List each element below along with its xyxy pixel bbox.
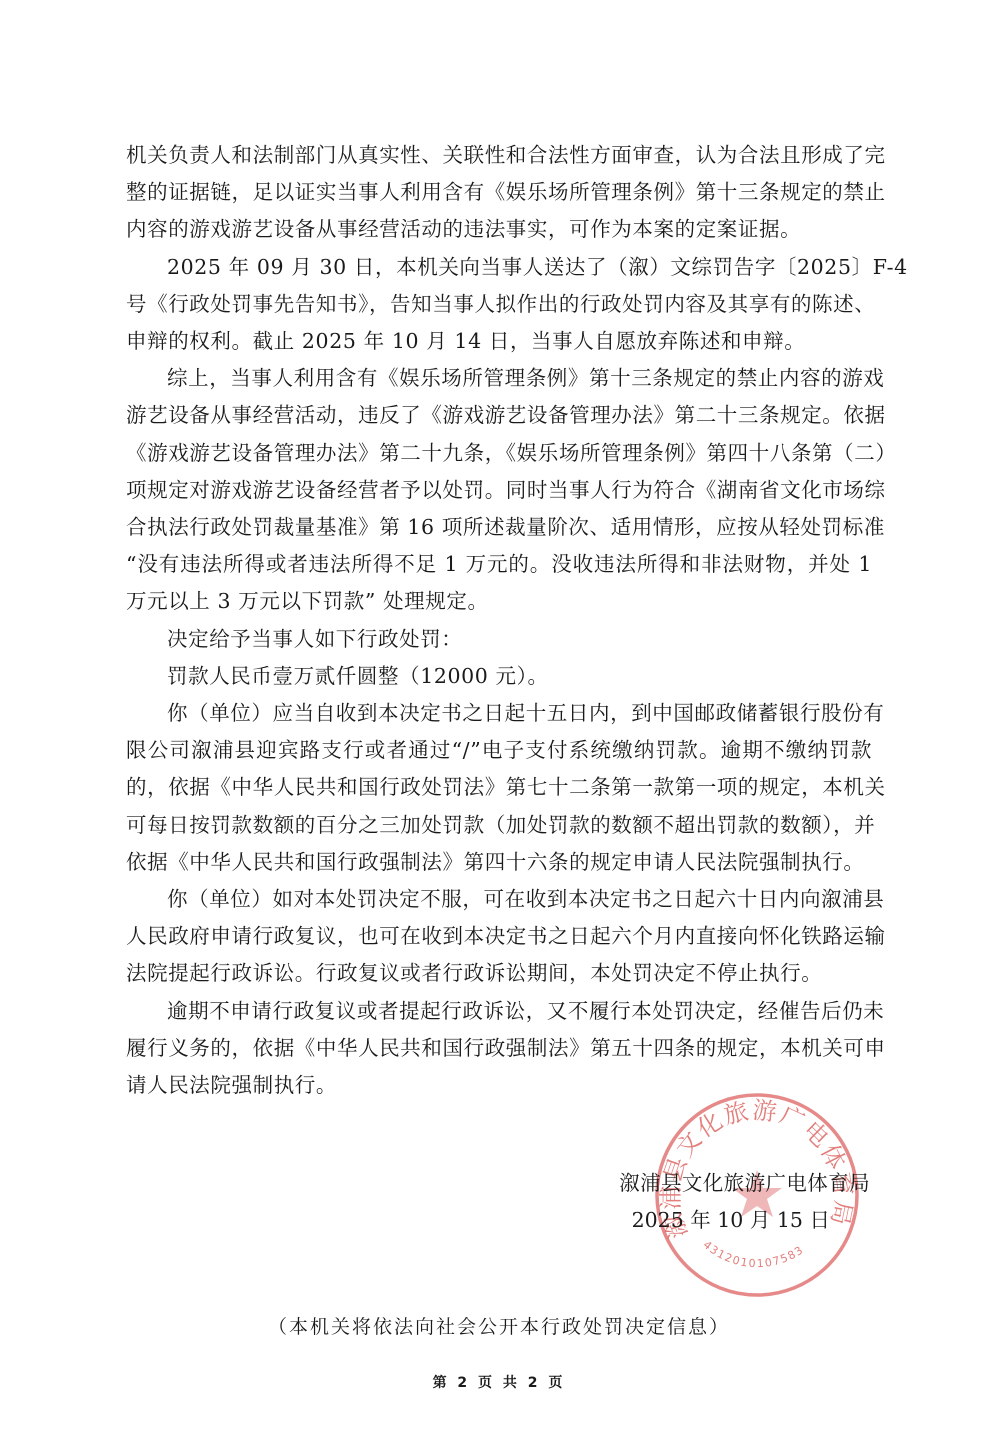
paragraph: 2025 年 09 月 30 日，本机关向当事人送达了（溆）文综罚告字〔2025… xyxy=(126,249,872,361)
text-line: 履行义务的，依据《中华人民共和国行政强制法》第五十四条的规定，本机关可申 xyxy=(126,1030,872,1067)
seal-code: 4312010107583 xyxy=(701,1238,807,1270)
text-line: 罚款人民币壹万贰仟圆整（12000 元）。 xyxy=(126,658,872,695)
text-line: 合执法行政处罚裁量基准》第 16 项所述裁量阶次、适用情形，应按从轻处罚标准 xyxy=(126,509,872,546)
paragraph: 决定给予当事人如下行政处罚： xyxy=(126,621,872,658)
paragraph: 你（单位）应当自收到本决定书之日起十五日内，到中国邮政储蓄银行股份有限公司溆浦县… xyxy=(126,695,872,881)
document-body: 机关负责人和法制部门从真实性、关联性和合法性方面审查，认为合法且形成了完整的证据… xyxy=(126,137,872,1104)
text-line: 人民政府申请行政复议，也可在收到本决定书之日起六个月内直接向怀化铁路运输 xyxy=(126,918,872,955)
text-line: 2025 年 09 月 30 日，本机关向当事人送达了（溆）文综罚告字〔2025… xyxy=(126,249,872,286)
text-line: 决定给予当事人如下行政处罚： xyxy=(126,621,872,658)
document-page: 机关负责人和法制部门从真实性、关联性和合法性方面审查，认为合法且形成了完整的证据… xyxy=(0,0,998,1454)
text-line: 内容的游戏游艺设备从事经营活动的违法事实，可作为本案的定案证据。 xyxy=(126,211,872,248)
text-line: 机关负责人和法制部门从真实性、关联性和合法性方面审查，认为合法且形成了完 xyxy=(126,137,872,174)
text-line: 逾期不申请行政复议或者提起行政诉讼，又不履行本处罚决定，经催告后仍未 xyxy=(126,993,872,1030)
paragraph: 罚款人民币壹万贰仟圆整（12000 元）。 xyxy=(126,658,872,695)
issuing-organization: 溆浦县文化旅游广电体育局 xyxy=(619,1165,870,1202)
text-line: 的，依据《中华人民共和国行政处罚法》第七十二条第一款第一项的规定，本机关 xyxy=(126,769,872,806)
text-line: 申辩的权利。截止 2025 年 10 月 14 日，当事人自愿放弃陈述和申辩。 xyxy=(126,323,872,360)
text-line: 整的证据链，足以证实当事人利用含有《娱乐场所管理条例》第十三条规定的禁止 xyxy=(126,174,872,211)
paragraph: 综上，当事人利用含有《娱乐场所管理条例》第十三条规定的禁止内容的游戏游艺设备从事… xyxy=(126,360,872,620)
text-line: 可每日按罚款数额的百分之三加处罚款（加处罚款的数额不超出罚款的数额），并 xyxy=(126,807,872,844)
paragraph: 你（单位）如对本处罚决定不服，可在收到本决定书之日起六十日内向溆浦县人民政府申请… xyxy=(126,881,872,993)
text-line: 法院提起行政诉讼。行政复议或者行政诉讼期间，本处罚决定不停止执行。 xyxy=(126,955,872,992)
public-disclosure-notice: （本机关将依法向社会公开本行政处罚决定信息） xyxy=(0,1312,998,1339)
text-line: 号《行政处罚事先告知书》，告知当事人拟作出的行政处罚内容及其享有的陈述、 xyxy=(126,286,872,323)
text-line: 《游戏游艺设备管理办法》第二十九条，《娱乐场所管理条例》第四十八条第（二） xyxy=(126,435,872,472)
text-line: 综上，当事人利用含有《娱乐场所管理条例》第十三条规定的禁止内容的游戏 xyxy=(126,360,872,397)
text-line: 项规定对游戏游艺设备经营者予以处罚。同时当事人行为符合《湖南省文化市场综 xyxy=(126,472,872,509)
paragraph: 逾期不申请行政复议或者提起行政诉讼，又不履行本处罚决定，经催告后仍未履行义务的，… xyxy=(126,993,872,1105)
page-number: 第 2 页 共 2 页 xyxy=(0,1372,998,1392)
text-line: 依据《中华人民共和国行政强制法》第四十六条的规定申请人民法院强制执行。 xyxy=(126,844,872,881)
paragraph: 机关负责人和法制部门从真实性、关联性和合法性方面审查，认为合法且形成了完整的证据… xyxy=(126,137,872,249)
svg-text:4312010107583: 4312010107583 xyxy=(701,1238,807,1270)
text-line: 游艺设备从事经营活动，违反了《游戏游艺设备管理办法》第二十三条规定。依据 xyxy=(126,397,872,434)
text-line: “没有违法所得或者违法所得不足 1 万元的。没收违法所得和非法财物，并处 1 xyxy=(126,546,872,583)
text-line: 限公司溆浦县迎宾路支行或者通过“/”电子支付系统缴纳罚款。逾期不缴纳罚款 xyxy=(126,732,872,769)
text-line: 万元以上 3 万元以下罚款” 处理规定。 xyxy=(126,583,872,620)
text-line: 你（单位）应当自收到本决定书之日起十五日内，到中国邮政储蓄银行股份有 xyxy=(126,695,872,732)
issue-date: 2025 年 10 月 15 日 xyxy=(632,1202,830,1239)
text-line: 你（单位）如对本处罚决定不服，可在收到本决定书之日起六十日内向溆浦县 xyxy=(126,881,872,918)
